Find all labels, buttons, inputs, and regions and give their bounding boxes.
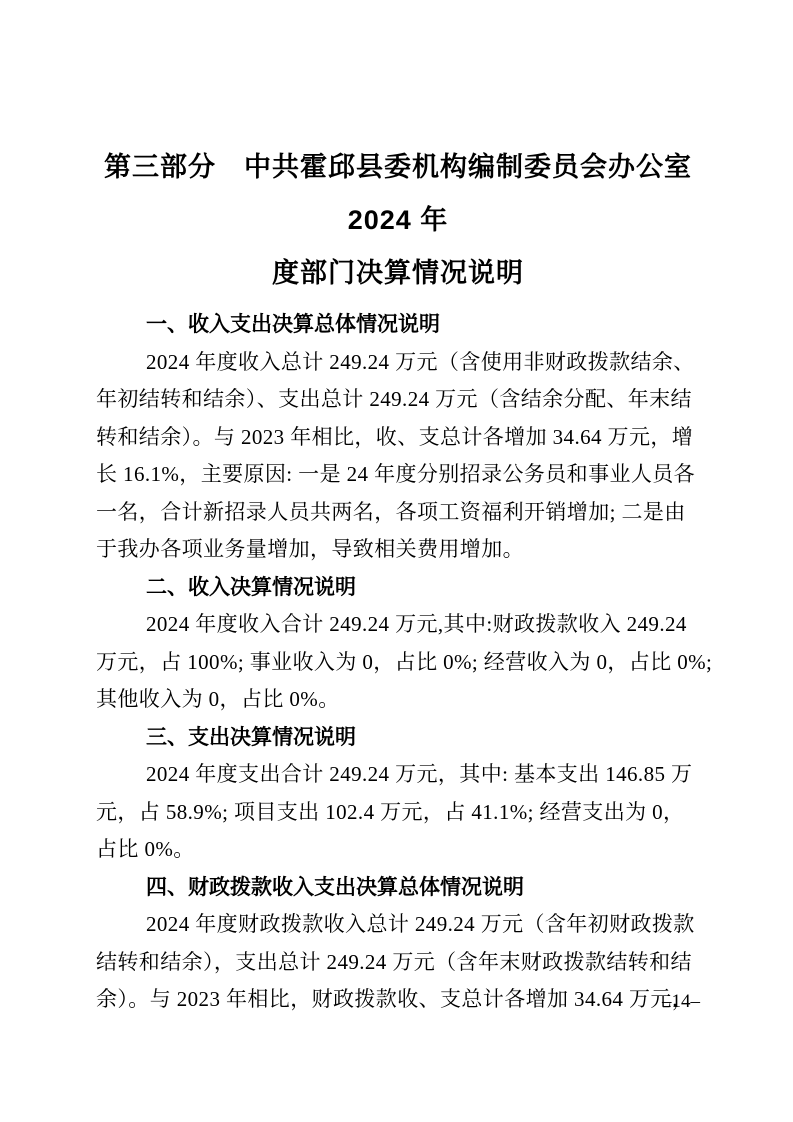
section-2-line-2: 万元，占 100%; 事业收入为 0，占比 0%; 经营收入为 0，占比 0%; [96, 644, 700, 682]
section-3-line-2: 元，占 58.9%; 项目支出 102.4 万元，占 41.1%; 经营支出为 … [96, 794, 700, 832]
document-page: 第三部分 中共霍邱县委机构编制委员会办公室 2024 年 度部门决算情况说明 一… [0, 0, 793, 1122]
section-3-line-1: 2024 年度支出合计 249.24 万元，其中: 基本支出 146.85 万 [96, 756, 700, 794]
document-title-line2: 度部门决算情况说明 [96, 247, 700, 300]
document-content: 第三部分 中共霍邱县委机构编制委员会办公室 2024 年 度部门决算情况说明 一… [96, 141, 700, 1019]
section-4-line-1: 2024 年度财政拨款收入总计 249.24 万元（含年初财政拨款 [96, 906, 700, 944]
section-2-line-1: 2024 年度收入合计 249.24 万元,其中:财政拨款收入 249.24 [96, 606, 700, 644]
section-1-line-5: 一名，合计新招录人员共两名，各项工资福利开销增加; 二是由 [96, 494, 700, 532]
section-3-line-3: 占比 0%。 [96, 831, 700, 869]
section-2-heading: 二、收入决算情况说明 [96, 569, 700, 607]
section-4-line-2: 结转和结余），支出总计 249.24 万元（含年末财政拨款结转和结 [96, 944, 700, 982]
section-3-heading: 三、支出决算情况说明 [96, 719, 700, 757]
section-4-line-3: 余）。与 2023 年相比，财政拨款收、支总计各增加 34.64 万元， [96, 981, 700, 1019]
section-1-line-6: 于我办各项业务量增加，导致相关费用增加。 [96, 531, 700, 569]
document-title-line1: 第三部分 中共霍邱县委机构编制委员会办公室 2024 年 [96, 141, 700, 247]
section-1-line-3: 转和结余）。与 2023 年相比，收、支总计各增加 34.64 万元，增 [96, 419, 700, 457]
section-1-line-1: 2024 年度收入总计 249.24 万元（含使用非财政拨款结余、 [96, 344, 700, 382]
section-2-line-3: 其他收入为 0，占比 0%。 [96, 681, 700, 719]
document-body: 一、收入支出决算总体情况说明 2024 年度收入总计 249.24 万元（含使用… [96, 306, 700, 1019]
document-title: 第三部分 中共霍邱县委机构编制委员会办公室 2024 年 度部门决算情况说明 [96, 141, 700, 300]
section-1-heading: 一、收入支出决算总体情况说明 [96, 306, 700, 344]
page-number: –14– [662, 991, 700, 1013]
section-1-line-4: 长 16.1%，主要原因: 一是 24 年度分别招录公务员和事业人员各 [96, 456, 700, 494]
section-4-heading: 四、财政拨款收入支出决算总体情况说明 [96, 869, 700, 907]
section-1-line-2: 年初结转和结余）、支出总计 249.24 万元（含结余分配、年末结 [96, 381, 700, 419]
